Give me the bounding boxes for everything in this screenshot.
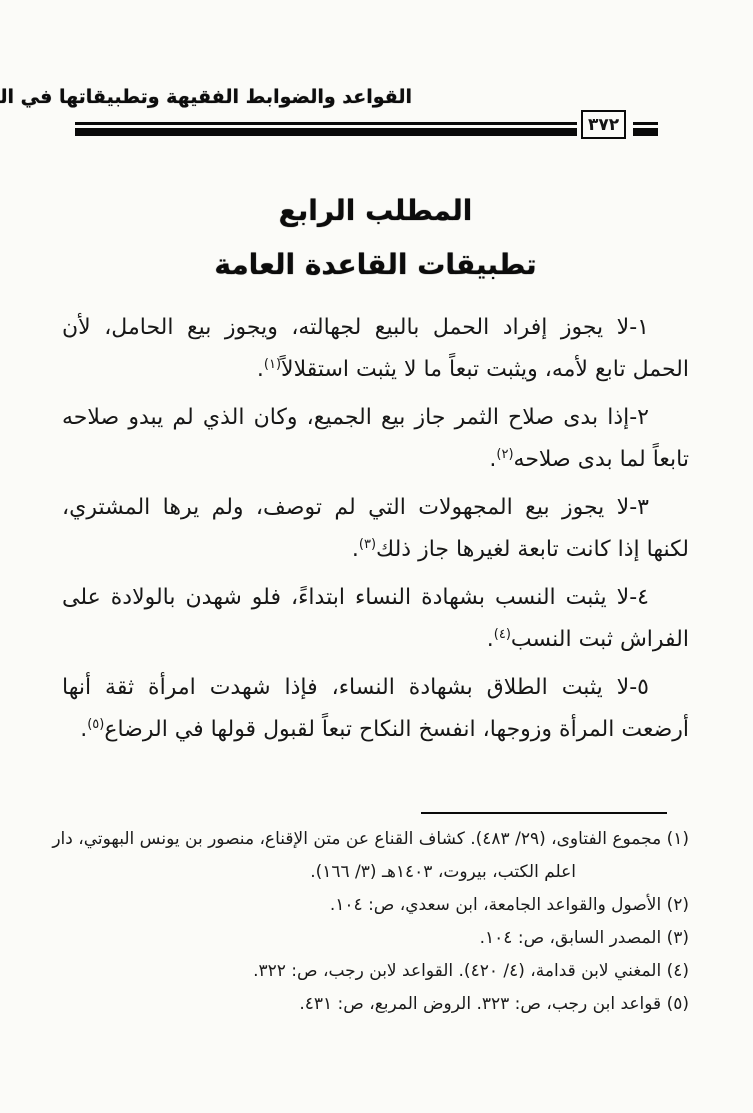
- paragraph-3: ٣-لا يجوز بيع المجهولات التي لم توصف، ول…: [62, 487, 689, 571]
- paragraph-1-text: ١-لا يجوز إفراد الحمل بالبيع لجهالته، وي…: [62, 315, 689, 382]
- footnote-ref-1: (١): [264, 357, 281, 372]
- page-number-box: ٣٧٢: [581, 110, 626, 139]
- paragraph-3-text: ٣-لا يجوز بيع المجهولات التي لم توصف، ول…: [62, 495, 689, 562]
- section-title: المطلب الرابع: [62, 194, 689, 227]
- section-subtitle: تطبيقات القاعدة العامة: [62, 248, 689, 281]
- paragraph-4-period: .: [487, 627, 494, 652]
- header-rule-left-thin-line: [75, 122, 577, 125]
- footnote-ref-4: (٤): [494, 627, 511, 642]
- footnote-3: (٣) المصدر السابق، ص: ١٠٤.: [62, 922, 689, 955]
- running-head-book-title: القواعد والضوابط الفقيهة وتطبيقاتها في ا…: [0, 86, 412, 108]
- header-rule-right: [633, 122, 658, 136]
- paragraph-1-period: .: [257, 357, 264, 382]
- header-rule-left: [75, 122, 577, 136]
- paragraph-2-text: ٢-إذا بدى صلاح الثمر جاز بيع الجميع، وكا…: [62, 405, 689, 472]
- footnote-1-line-1: (١) مجموع الفتاوى، (٢٩/ ٤٨٣). كشاف القنا…: [62, 823, 689, 856]
- paragraph-1: ١-لا يجوز إفراد الحمل بالبيع لجهالته، وي…: [62, 307, 689, 391]
- paragraph-4-text: ٤-لا يثبت النسب بشهادة النساء ابتداءً، ف…: [62, 585, 689, 652]
- footnote-ref-2: (٢): [496, 447, 513, 462]
- book-page: القواعد والضوابط الفقيهة وتطبيقاتها في ا…: [0, 0, 753, 1113]
- footnote-4: (٤) المغني لابن قدامة، (٤/ ٤٢٠). القواعد…: [62, 955, 689, 988]
- body-paragraphs: ١-لا يجوز إفراد الحمل بالبيع لجهالته، وي…: [62, 307, 689, 751]
- footnote-ref-5: (٥): [87, 717, 104, 732]
- header-rule-left-thick-line: [75, 128, 577, 136]
- footnotes-section: (١) مجموع الفتاوى، (٢٩/ ٤٨٣). كشاف القنا…: [62, 812, 689, 1021]
- footnote-2: (٢) الأصول والقواعد الجامعة، ابن سعدي، ص…: [62, 889, 689, 922]
- main-content: المطلب الرابع تطبيقات القاعدة العامة ١-ل…: [62, 180, 689, 757]
- footnote-separator-line: [421, 812, 667, 814]
- footnote-1-line-2: اعلم الكتب، بيروت، ١٤٠٣هـ (٣/ ١٦٦).: [62, 856, 689, 889]
- paragraph-5-text: ٥-لا يثبت الطلاق بشهادة النساء، فإذا شهد…: [62, 675, 689, 742]
- paragraph-3-period: .: [352, 537, 359, 562]
- footnote-ref-3: (٣): [359, 537, 376, 552]
- page-number: ٣٧٢: [588, 115, 619, 135]
- footnote-5: (٥) قواعد ابن رجب، ص: ٣٢٣. الروض المربع،…: [62, 988, 689, 1021]
- paragraph-2: ٢-إذا بدى صلاح الثمر جاز بيع الجميع، وكا…: [62, 397, 689, 481]
- paragraph-4: ٤-لا يثبت النسب بشهادة النساء ابتداءً، ف…: [62, 577, 689, 661]
- paragraph-5: ٥-لا يثبت الطلاق بشهادة النساء، فإذا شهد…: [62, 667, 689, 751]
- header-rule-right-thick-line: [633, 128, 658, 136]
- header-rule-right-thin-line: [633, 122, 658, 125]
